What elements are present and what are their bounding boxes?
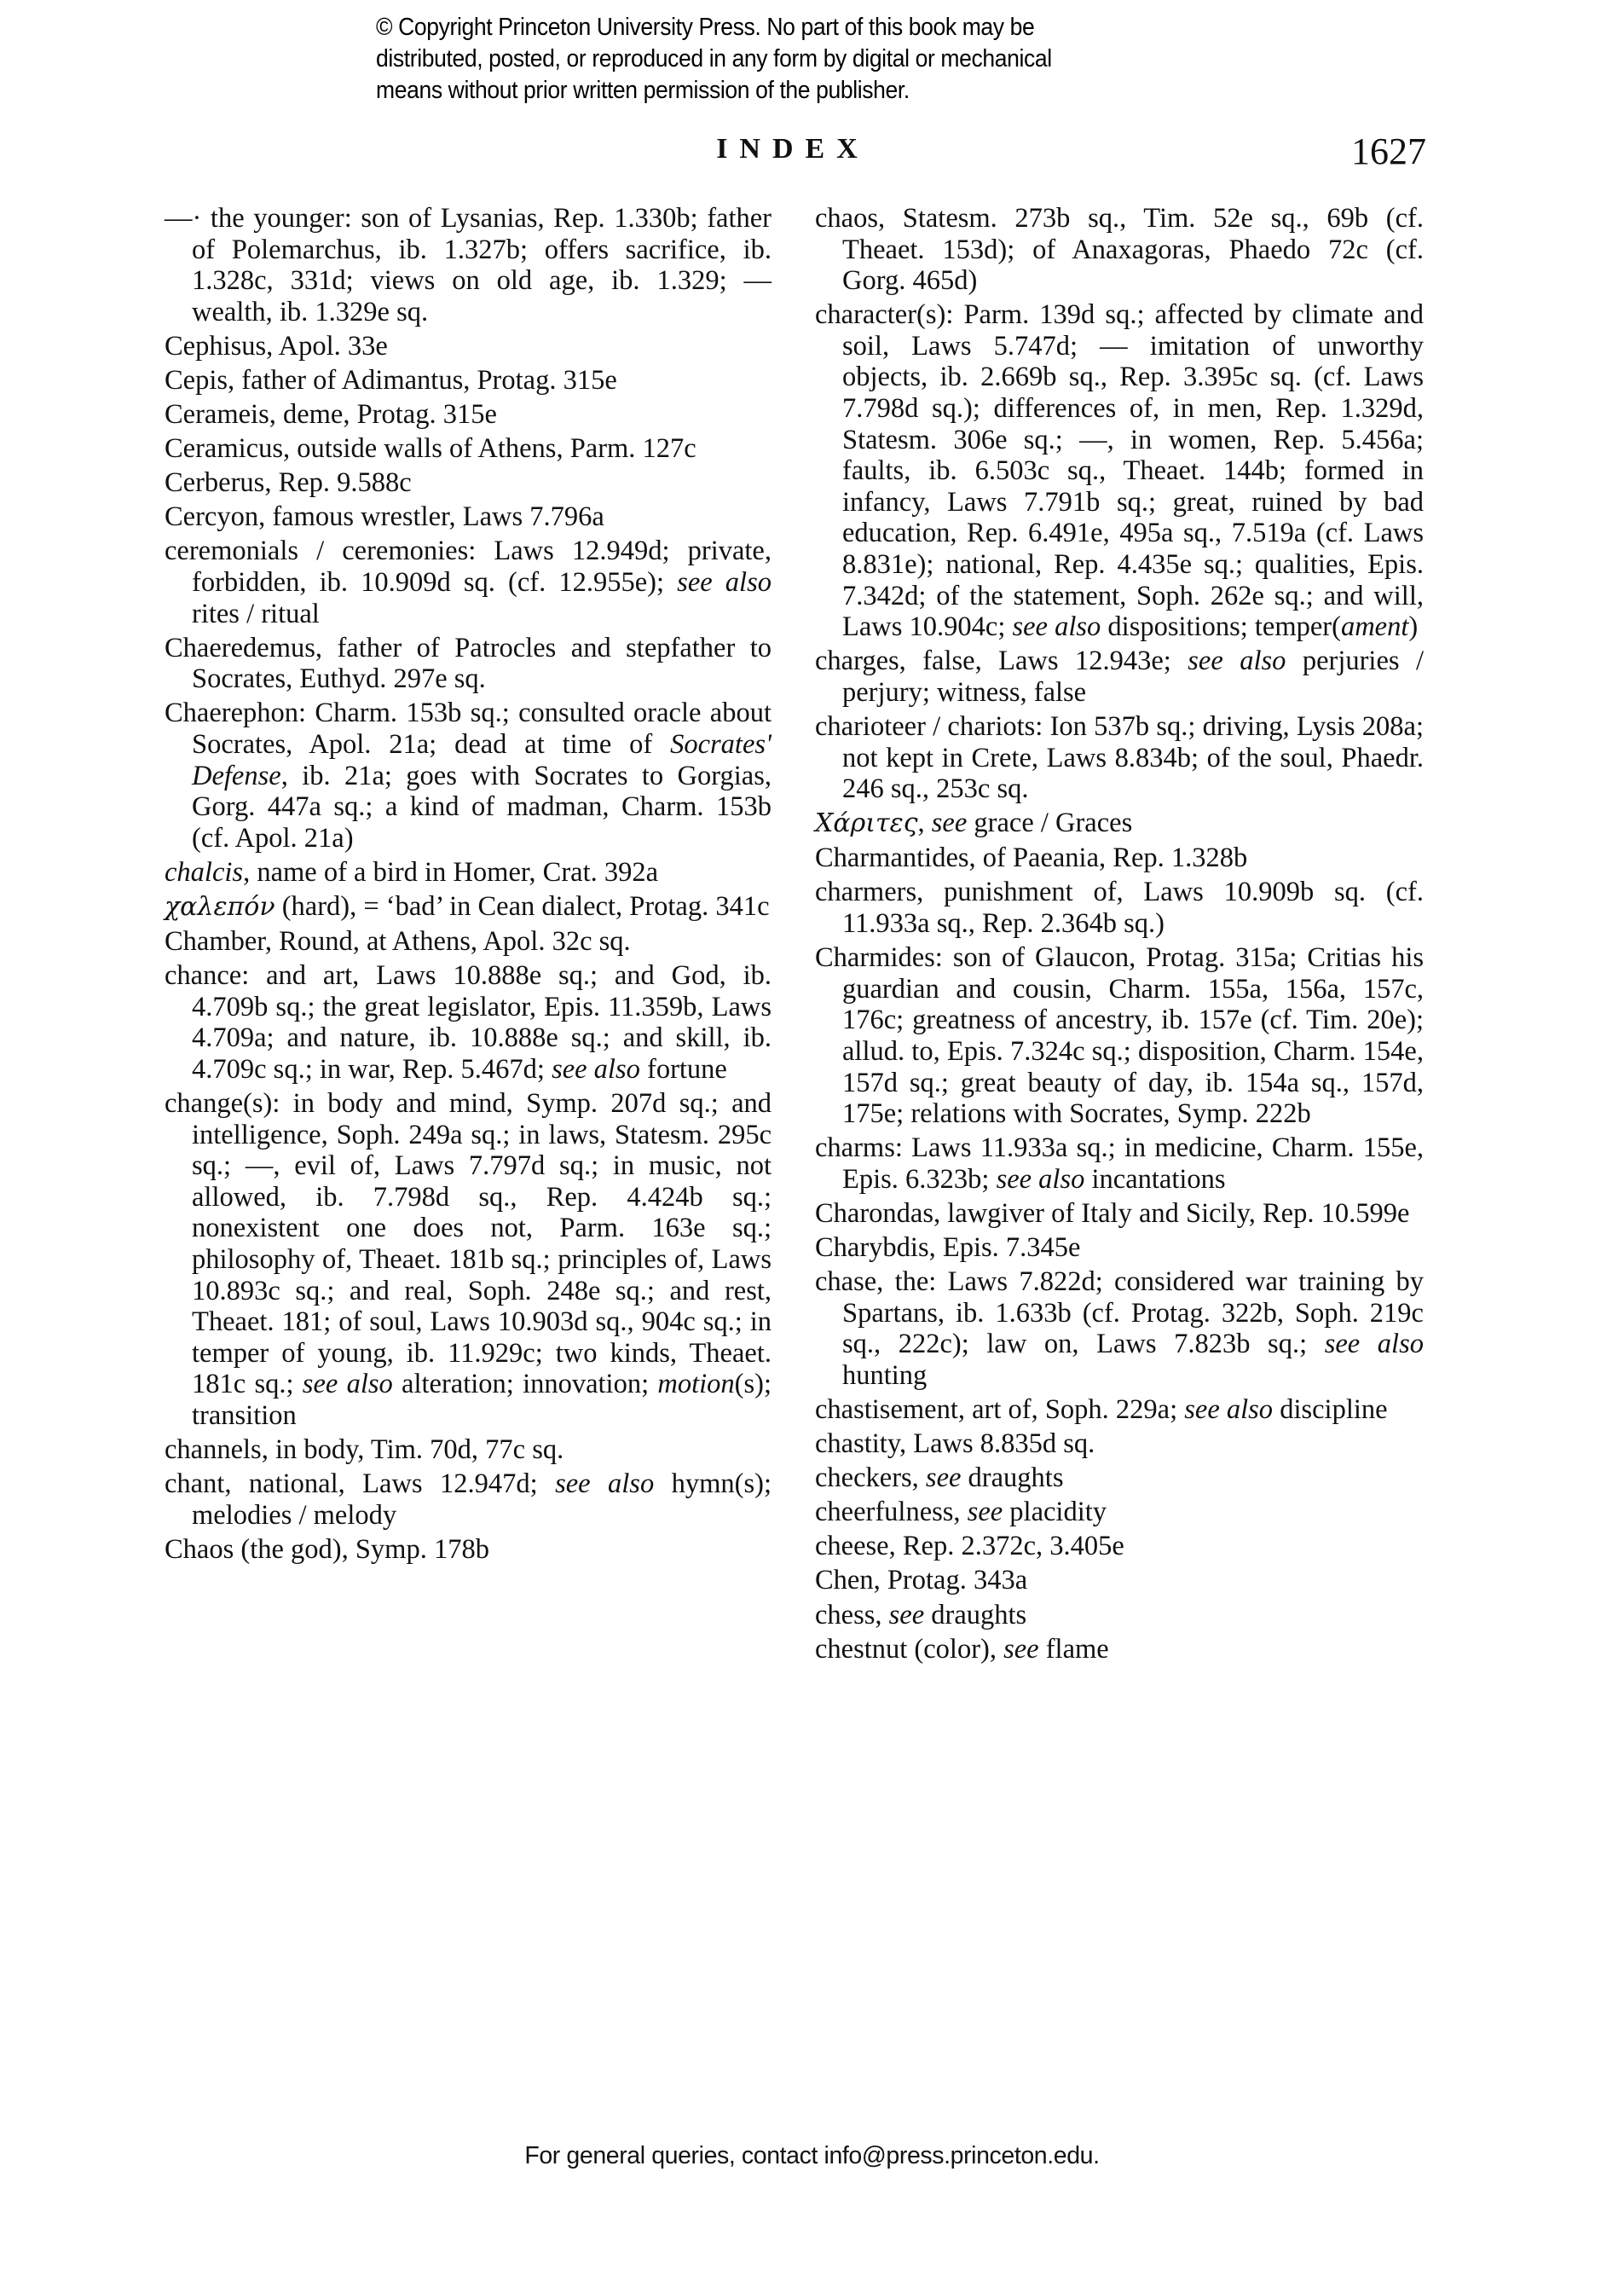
index-entry: Chaos (the god), Symp. 178b [165, 1534, 772, 1566]
greek-term: Χάριτες [815, 808, 918, 838]
italic-text: see also [1325, 1329, 1424, 1359]
italic-text: see also [997, 1164, 1085, 1195]
entry-text: (hard), = ‘bad’ in Cean dialect, Protag.… [275, 891, 770, 922]
index-entry: Chen, Protag. 343a [815, 1565, 1424, 1596]
italic-text: see also [1012, 611, 1101, 642]
entry-text: Cercyon, famous wrestler, Laws 7.796a [165, 501, 604, 532]
italic-text: see [926, 1462, 962, 1493]
index-entry: cheerfulness, see placidity [815, 1497, 1424, 1528]
entry-text: change(s): in body and mind, Symp. 207d … [165, 1088, 772, 1399]
entry-text: alteration; innovation; [393, 1369, 658, 1399]
entry-text: incantations [1084, 1164, 1225, 1195]
index-entry: Cerberus, Rep. 9.588c [165, 467, 772, 499]
entry-text: rites / ritual [192, 599, 320, 629]
index-entry: charms: Laws 11.933a sq.; in medicine, C… [815, 1132, 1424, 1195]
entry-text: , name of a bird in Homer, Crat. 392a [243, 857, 658, 888]
index-entry: chess, see draughts [815, 1600, 1424, 1631]
copyright-line: means without prior written permission o… [376, 75, 1137, 107]
italic-text: see [932, 808, 968, 838]
entry-text: Chen, Protag. 343a [815, 1565, 1027, 1596]
index-entry: change(s): in body and mind, Symp. 207d … [165, 1088, 772, 1432]
entry-text: Charondas, lawgiver of Italy and Sicily,… [815, 1198, 1409, 1229]
entry-text: chastity, Laws 8.835d sq. [815, 1428, 1095, 1459]
entry-text: channels, in body, Tim. 70d, 77c sq. [165, 1434, 563, 1465]
entry-text: hunting [842, 1360, 927, 1391]
italic-text: chalcis [165, 857, 243, 888]
index-entry: checkers, see draughts [815, 1462, 1424, 1494]
entry-text: grace / Graces [967, 808, 1132, 838]
entry-text: fortune [640, 1054, 727, 1085]
entry-text: chestnut (color), [815, 1634, 1003, 1665]
entry-text: Chaos (the god), Symp. 178b [165, 1534, 489, 1565]
copyright-line: © Copyright Princeton University Press. … [376, 12, 1137, 43]
index-column-right: chaos, Statesm. 273b sq., Tim. 52e sq., … [815, 203, 1424, 1668]
running-title: INDEX [699, 133, 887, 165]
italic-text: see [968, 1497, 1003, 1527]
entry-text: Ceramicus, outside walls of Athens, Parm… [165, 433, 696, 464]
entry-text: chess, [815, 1600, 889, 1630]
index-entry: Charmides: son of Glaucon, Protag. 315a;… [815, 942, 1424, 1130]
entry-text: draughts [961, 1462, 1063, 1493]
entry-text: dispositions; temper( [1101, 611, 1341, 642]
index-entry: charmers, punishment of, Laws 10.909b sq… [815, 877, 1424, 939]
copyright-line: distributed, posted, or reproduced in an… [376, 43, 1137, 75]
index-entry: Cercyon, famous wrestler, Laws 7.796a [165, 501, 772, 533]
copyright-notice: © Copyright Princeton University Press. … [376, 12, 1137, 107]
running-head: INDEX 1627 [0, 130, 1624, 172]
page-number: 1627 [1326, 130, 1426, 173]
italic-text: see also [552, 1054, 640, 1085]
entry-text: Cephisus, Apol. 33e [165, 331, 388, 362]
index-entry: Charmantides, of Paeania, Rep. 1.328b [815, 843, 1424, 874]
entry-text: flame [1039, 1634, 1109, 1665]
entry-text: , [918, 808, 932, 838]
index-entry: Ceramicus, outside walls of Athens, Parm… [165, 433, 772, 465]
italic-text: ament [1341, 611, 1408, 642]
index-entry: Chamber, Round, at Athens, Apol. 32c sq. [165, 926, 772, 958]
index-entry: cheese, Rep. 2.372c, 3.405e [815, 1531, 1424, 1562]
entry-text: Cerameis, deme, Protag. 315e [165, 399, 497, 430]
entry-text: chastisement, art of, Soph. 229a; [815, 1394, 1184, 1425]
entry-text: charmers, punishment of, Laws 10.909b sq… [815, 877, 1424, 939]
entry-text: draughts [924, 1600, 1026, 1630]
index-entry: chastity, Laws 8.835d sq. [815, 1428, 1424, 1460]
entry-text: Cepis, father of Adimantus, Protag. 315e [165, 365, 617, 396]
italic-text: see [889, 1600, 925, 1630]
index-entry: chance: and art, Laws 10.888e sq.; and G… [165, 960, 772, 1085]
index-entry: Cerameis, deme, Protag. 315e [165, 399, 772, 431]
entry-text: character(s): Parm. 139d sq.; affected b… [815, 299, 1424, 642]
entry-text: cheerfulness, [815, 1497, 968, 1527]
index-entry: Charybdis, Epis. 7.345e [815, 1232, 1424, 1264]
entry-text: Cerberus, Rep. 9.588c [165, 467, 412, 498]
index-entry: Charondas, lawgiver of Italy and Sicily,… [815, 1198, 1424, 1230]
index-entry: chalcis, name of a bird in Homer, Crat. … [165, 857, 772, 889]
index-entry: charioteer / chariots: Ion 537b sq.; dri… [815, 711, 1424, 805]
index-entry: chastisement, art of, Soph. 229a; see al… [815, 1394, 1424, 1426]
entry-text: —· the younger: son of Lysanias, Rep. 1.… [165, 203, 772, 327]
index-entry: character(s): Parm. 139d sq.; affected b… [815, 299, 1424, 643]
italic-text: see also [677, 567, 772, 598]
entry-text: charioteer / chariots: Ion 537b sq.; dri… [815, 711, 1424, 804]
greek-term: χαλεπόν [165, 892, 275, 922]
entry-text: discipline [1273, 1394, 1388, 1425]
entry-text: cheese, Rep. 2.372c, 3.405e [815, 1531, 1124, 1561]
entry-text: ) [1408, 611, 1418, 642]
index-entry: ceremonials / ceremonies: Laws 12.949d; … [165, 536, 772, 629]
footer-contact: For general queries, contact info@press.… [0, 2142, 1624, 2170]
entry-text: Charmides: son of Glaucon, Protag. 315a;… [815, 942, 1424, 1129]
entry-text: placidity [1003, 1497, 1107, 1527]
index-column-left: —· the younger: son of Lysanias, Rep. 1.… [165, 203, 772, 1568]
italic-text: motion [657, 1369, 734, 1399]
index-entry: Χάριτες, see grace / Graces [815, 808, 1424, 840]
index-entry: chase, the: Laws 7.822d; considered war … [815, 1266, 1424, 1391]
index-entry: Chaeredemus, father of Patrocles and ste… [165, 633, 772, 695]
entry-text: Charmantides, of Paeania, Rep. 1.328b [815, 843, 1247, 873]
italic-text: see also [1184, 1394, 1273, 1425]
index-entry: chaos, Statesm. 273b sq., Tim. 52e sq., … [815, 203, 1424, 297]
index-entry: Chaerephon: Charm. 153b sq.; consulted o… [165, 698, 772, 854]
italic-text: see also [1188, 646, 1286, 676]
entry-text: chant, national, Laws 12.947d; [165, 1468, 555, 1499]
index-entry: —· the younger: son of Lysanias, Rep. 1.… [165, 203, 772, 327]
entry-text: Charybdis, Epis. 7.345e [815, 1232, 1080, 1263]
entry-text: Chaeredemus, father of Patrocles and ste… [165, 633, 772, 695]
index-entry: chestnut (color), see flame [815, 1634, 1424, 1665]
italic-text: see also [555, 1468, 654, 1499]
entry-text: chaos, Statesm. 273b sq., Tim. 52e sq., … [815, 203, 1424, 296]
italic-text: see also [303, 1369, 393, 1399]
entry-text: Chamber, Round, at Athens, Apol. 32c sq. [165, 926, 631, 957]
italic-text: see [1003, 1634, 1039, 1665]
index-entry: Cephisus, Apol. 33e [165, 331, 772, 362]
entry-text: charges, false, Laws 12.943e; [815, 646, 1188, 676]
index-entry: channels, in body, Tim. 70d, 77c sq. [165, 1434, 772, 1466]
index-entry: χαλεπόν (hard), = ‘bad’ in Cean dialect,… [165, 891, 772, 924]
index-entry: Cepis, father of Adimantus, Protag. 315e [165, 365, 772, 397]
index-entry: chant, national, Laws 12.947d; see also … [165, 1468, 772, 1531]
index-entry: charges, false, Laws 12.943e; see also p… [815, 646, 1424, 708]
entry-text: checkers, [815, 1462, 926, 1493]
